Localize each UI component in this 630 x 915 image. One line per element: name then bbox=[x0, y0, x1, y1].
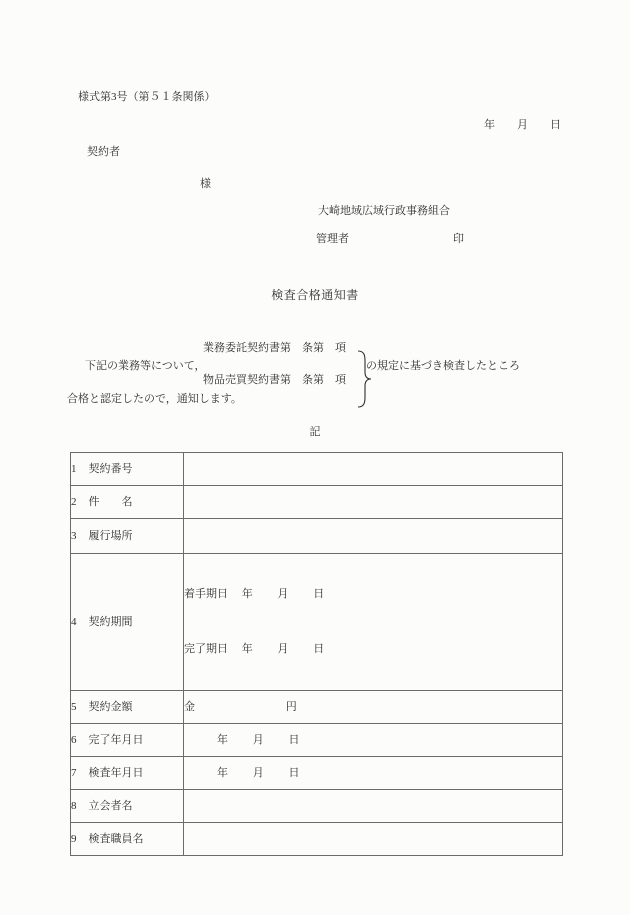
table-row: 2件 名 bbox=[71, 486, 563, 519]
table-row: 5契約金額 金 円 bbox=[71, 691, 563, 724]
row-value bbox=[184, 519, 563, 554]
contractor-label: 契約者 bbox=[87, 146, 120, 159]
row-number: 3 bbox=[71, 530, 77, 543]
row-label: 完了年月日 bbox=[89, 734, 144, 746]
row-label-cell: 1契約番号 bbox=[71, 453, 184, 486]
document-page: 様式第3号（第５１条関係） 年 月 日 契約者 様 大崎地域広域行政事務組合 管… bbox=[0, 0, 630, 915]
row-value: 年 月 日 bbox=[184, 757, 563, 790]
row-label: 件 名 bbox=[89, 496, 133, 508]
row-value: 年 月 日 bbox=[184, 724, 563, 757]
manager-label: 管理者 bbox=[316, 233, 349, 246]
row-value bbox=[184, 823, 563, 856]
table-row: 1契約番号 bbox=[71, 453, 563, 486]
row-label: 立会者名 bbox=[89, 800, 133, 812]
record-marker: 記 bbox=[0, 426, 630, 439]
row-number: 6 bbox=[71, 734, 77, 747]
row-value: 着手期日 年 月 日 完了期日 年 月 日 bbox=[184, 554, 563, 691]
row-label: 検査年月日 bbox=[89, 767, 144, 779]
row-value bbox=[184, 486, 563, 519]
brace-icon bbox=[346, 337, 362, 395]
row-label: 検査職員名 bbox=[89, 833, 144, 845]
table-row: 9検査職員名 bbox=[71, 823, 563, 856]
clause-suffix: の規定に基づき検査したところ bbox=[366, 360, 520, 373]
row-label-cell: 3履行場所 bbox=[71, 519, 184, 554]
row-value bbox=[184, 790, 563, 823]
signer-line: 管理者 印 bbox=[316, 233, 464, 246]
organization-name: 大崎地域広域行政事務組合 bbox=[318, 205, 450, 218]
row-number: 8 bbox=[71, 800, 77, 813]
row-number: 7 bbox=[71, 767, 77, 780]
row-label-cell: 4契約期間 bbox=[71, 554, 184, 691]
table-row: 8立会者名 bbox=[71, 790, 563, 823]
row-label: 履行場所 bbox=[89, 530, 133, 542]
row-label: 契約期間 bbox=[89, 616, 133, 628]
row-label-cell: 6完了年月日 bbox=[71, 724, 184, 757]
clause-line-1: 業務委託契約書第 条第 項 bbox=[203, 342, 346, 355]
clause-line-2: 物品売買契約書第 条第 項 bbox=[203, 374, 346, 387]
inspection-table: 1契約番号 2件 名 3履行場所 4契約期間 着手期日 年 月 日 完了期日 年… bbox=[70, 452, 563, 856]
row-number: 5 bbox=[71, 701, 77, 714]
row-number: 1 bbox=[71, 463, 77, 476]
period-end-line: 完了期日 年 月 日 bbox=[184, 635, 562, 664]
form-number: 様式第3号（第５１条関係） bbox=[78, 91, 216, 104]
row-label: 契約金額 bbox=[89, 701, 133, 713]
row-label-cell: 8立会者名 bbox=[71, 790, 184, 823]
row-number: 4 bbox=[71, 616, 77, 629]
row-label-cell: 2件 名 bbox=[71, 486, 184, 519]
table-row: 3履行場所 bbox=[71, 519, 563, 554]
row-number: 2 bbox=[71, 496, 77, 509]
row-value bbox=[184, 453, 563, 486]
period-start-line: 着手期日 年 月 日 bbox=[184, 580, 562, 609]
table-row: 7検査年月日 年 月 日 bbox=[71, 757, 563, 790]
table-row: 4契約期間 着手期日 年 月 日 完了期日 年 月 日 bbox=[71, 554, 563, 691]
conclusion-text: 合格と認定したので，通知します。 bbox=[67, 393, 242, 406]
addressee-honorific: 様 bbox=[200, 178, 211, 191]
row-number: 9 bbox=[71, 833, 77, 846]
table-row: 6完了年月日 年 月 日 bbox=[71, 724, 563, 757]
row-value: 金 円 bbox=[184, 691, 563, 724]
body-intro: 下記の業務等について， bbox=[85, 360, 206, 373]
date-line: 年 月 日 bbox=[484, 119, 561, 132]
row-label-cell: 7検査年月日 bbox=[71, 757, 184, 790]
seal-mark: 印 bbox=[453, 233, 464, 246]
document-title: 検査合格通知書 bbox=[0, 289, 630, 302]
row-label: 契約番号 bbox=[89, 463, 133, 475]
row-label-cell: 9検査職員名 bbox=[71, 823, 184, 856]
row-label-cell: 5契約金額 bbox=[71, 691, 184, 724]
